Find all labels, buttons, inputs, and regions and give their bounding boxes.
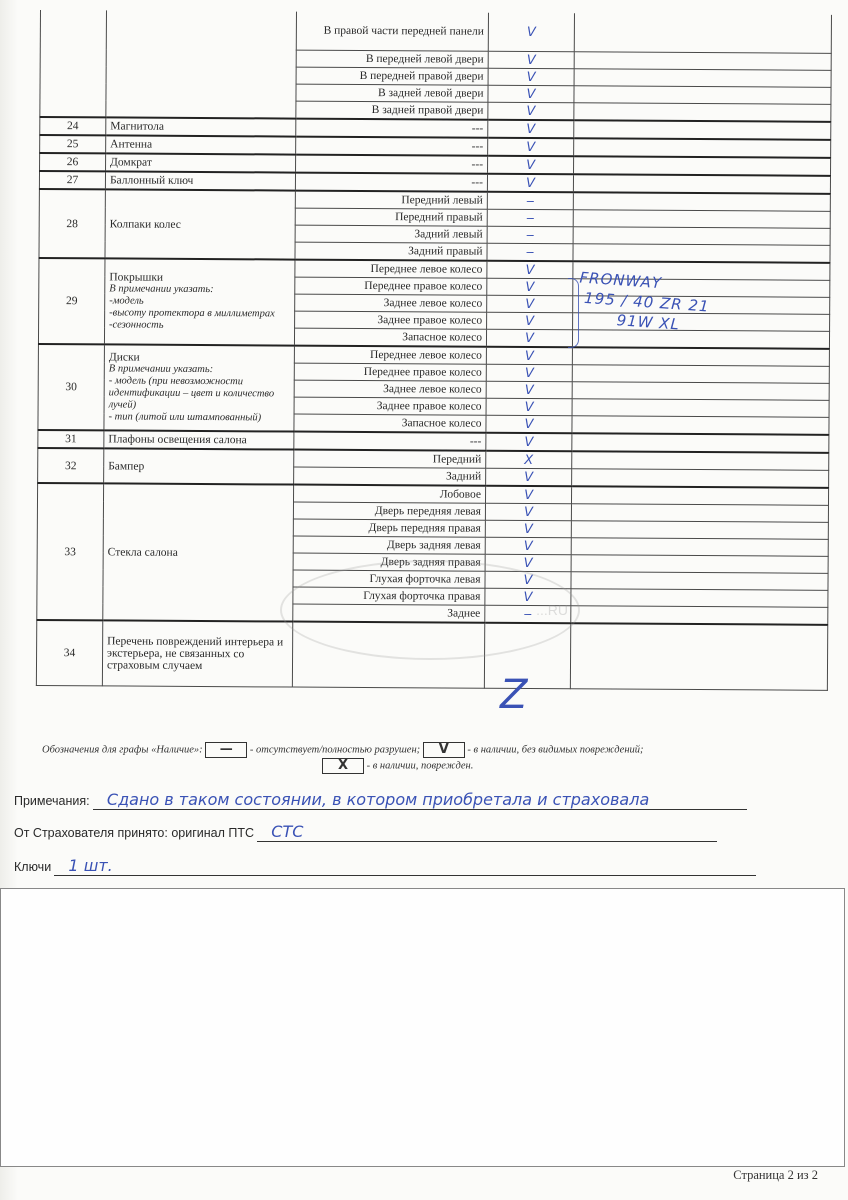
row34-mark: Z — [500, 672, 527, 718]
note-cell — [572, 382, 829, 401]
presence-mark: V — [488, 102, 574, 120]
presence-mark: V — [487, 261, 573, 279]
tire-handwritten-note: FRONWAY 195 / 40 ZR 21 91W XL — [576, 267, 712, 336]
ptc-field: От Страхователя принято: оригинал ПТС СТ… — [14, 822, 717, 842]
note-cell — [571, 538, 828, 557]
sub-item-label: Задний правый — [295, 242, 487, 261]
presence-mark: V — [486, 415, 572, 433]
legend-intro: Обозначения для графы «Наличие»: — [42, 744, 203, 755]
note-cell — [573, 227, 830, 246]
item-number: 26 — [40, 153, 106, 171]
presence-mark: V — [487, 174, 573, 193]
item-number — [40, 10, 107, 117]
note-cell — [571, 555, 828, 574]
item-name: Перечень повреждений интерьера и экстерь… — [102, 620, 292, 687]
sub-item-label: Передний левый — [295, 191, 487, 210]
item-name-text: Плафоны освещения салона — [108, 433, 246, 446]
presence-mark: V — [487, 278, 573, 296]
legend: Обозначения для графы «Наличие»: — - отс… — [42, 742, 822, 775]
ptc-value: СТС — [257, 822, 717, 842]
presence-mark: ‒ — [487, 226, 573, 244]
item-number: 33 — [37, 483, 104, 620]
note-cell — [572, 399, 829, 418]
sub-item-label: Заднее левое колесо — [294, 380, 486, 398]
legend-damaged-box: X — [322, 758, 364, 774]
note-cell — [570, 623, 827, 690]
presence-mark: X — [486, 451, 572, 469]
sub-item-label: Переднее левое колесо — [294, 346, 486, 365]
presence-mark: ‒ — [487, 209, 573, 227]
item-number: 34 — [36, 620, 102, 686]
presence-mark: V — [485, 520, 571, 538]
legend-ok-box: V — [423, 742, 465, 758]
sub-item-label: В правой части передней панели — [296, 12, 488, 52]
sub-item-label: Задний левый — [295, 225, 487, 243]
note-cell — [571, 589, 828, 608]
item-hint: - модель (при невозможности идентификаци… — [109, 375, 290, 412]
presence-mark: V — [485, 486, 571, 504]
sub-item-label: В передней правой двери — [296, 67, 488, 85]
presence-mark: V — [485, 503, 571, 521]
sub-item-label: Запасное колесо — [294, 328, 486, 347]
note-cell — [574, 86, 831, 105]
sub-item-label: Задний — [294, 467, 486, 486]
remarks-value: Сдано в таком состоянии, в котором приоб… — [93, 790, 747, 810]
item-name-text: Магнитола — [110, 120, 164, 132]
sub-item-label: Дверь передняя правая — [293, 519, 485, 537]
note-cell — [571, 486, 828, 505]
item-name: Магнитола — [106, 117, 296, 136]
note-cell — [571, 521, 828, 540]
item-number: 25 — [40, 135, 106, 153]
item-name-text: Баллонный ключ — [110, 174, 193, 187]
presence-mark: ‒ — [487, 192, 573, 210]
keys-label: Ключи — [14, 860, 51, 874]
legend-absent-box: — — [205, 742, 247, 758]
item-name: Стекла салона — [103, 483, 294, 621]
item-number: 27 — [39, 171, 105, 189]
note-cell — [573, 210, 830, 229]
sub-item-label: Переднее правое колесо — [294, 363, 486, 381]
sub-item-label: Запасное колесо — [294, 414, 486, 433]
legend-damaged-text: - в наличии, поврежден. — [367, 761, 474, 772]
remarks-field: Примечания: Сдано в таком состоянии, в к… — [14, 790, 747, 810]
item-name-text: Стекла салона — [108, 546, 178, 558]
note-cell — [572, 433, 829, 453]
presence-mark: V — [487, 312, 573, 330]
sub-item-label: Передний правый — [295, 208, 487, 226]
legend-absent-text: - отсутствует/полностью разрушен; — [250, 744, 420, 755]
note-cell — [571, 606, 828, 625]
note-cell — [572, 451, 829, 470]
note-cell — [574, 120, 831, 140]
keys-value: 1 шт. — [54, 856, 756, 876]
item-number: 28 — [39, 189, 105, 258]
sub-item-label: Дверь передняя левая — [293, 502, 485, 520]
ptc-label: От Страхователя принято: оригинал ПТС — [14, 826, 254, 840]
sub-item-label: В передней левой двери — [296, 50, 488, 68]
item-name: Бампер — [104, 448, 294, 484]
remarks-label: Примечания: — [14, 794, 90, 808]
note-cell — [572, 347, 829, 366]
item-number: 32 — [38, 448, 104, 483]
sub-item-label: Заднее правое колесо — [295, 311, 487, 329]
blank-box — [0, 888, 845, 1167]
presence-mark: V — [485, 537, 571, 555]
note-cell — [571, 504, 828, 523]
item-hint: В примечании указать: — [109, 363, 290, 376]
sub-item-label: Переднее левое колесо — [295, 260, 487, 279]
note-cell — [572, 365, 829, 384]
presence-mark: V — [488, 51, 574, 69]
note-cell — [574, 138, 831, 158]
item-name: Домкрат — [106, 153, 296, 172]
item-name-text: Колпаки колес — [110, 218, 181, 230]
note-cell — [573, 192, 830, 211]
presence-mark: V — [487, 295, 573, 313]
sub-item-label: Заднее правое колесо — [294, 397, 486, 415]
item-number: 24 — [40, 117, 106, 135]
item-number: 30 — [38, 344, 105, 430]
item-name: Баллонный ключ — [105, 171, 295, 190]
watermark: ...RU — [280, 560, 580, 660]
note-cell — [574, 69, 831, 88]
item-hint: - тип (литой или штампованный) — [108, 411, 289, 424]
item-hint: В примечании указать: — [109, 283, 290, 296]
sub-item-label: Дверь задняя левая — [293, 536, 485, 554]
presence-mark: ‒ — [487, 243, 573, 261]
item-number: 31 — [38, 430, 104, 448]
item-name: ДискиВ примечании указать:- модель (при … — [104, 344, 295, 431]
note-cell — [574, 52, 831, 71]
item-name: ПокрышкиВ примечании указать:-модель-выс… — [104, 258, 295, 345]
presence-mark: V — [488, 85, 574, 103]
item-hint: -высоту протектора в миллиметрах — [109, 307, 290, 320]
presence-mark: V — [488, 138, 574, 157]
note-cell — [574, 103, 831, 122]
sub-item-label: Заднее левое колесо — [295, 294, 487, 312]
sub-item-label: --- — [295, 173, 487, 192]
sub-item-label: --- — [294, 432, 486, 451]
presence-mark: V — [488, 68, 574, 86]
sub-item-label: В задней левой двери — [296, 84, 488, 102]
presence-mark: V — [486, 468, 572, 486]
keys-field: Ключи 1 шт. — [14, 856, 756, 876]
presence-mark: V — [486, 433, 572, 452]
item-name-text: Перечень повреждений интерьера и экстерь… — [107, 635, 283, 672]
item-name-text: Бампер — [108, 460, 144, 472]
note-cell — [574, 13, 831, 53]
note-cell — [572, 416, 829, 435]
presence-mark: V — [488, 13, 574, 52]
item-hint: -сезонность — [109, 319, 290, 332]
item-name: Плафоны освещения салона — [104, 430, 294, 449]
note-cell — [572, 469, 829, 488]
sub-item-label: В задней правой двери — [296, 101, 488, 120]
presence-mark: V — [486, 347, 572, 365]
sub-item-label: --- — [296, 155, 488, 174]
item-name: Антенна — [106, 135, 296, 154]
presence-mark: V — [486, 329, 572, 347]
presence-mark: V — [486, 381, 572, 399]
sub-item-label: --- — [296, 119, 488, 138]
sub-item-label: Лобовое — [293, 485, 485, 504]
item-name-text: Антенна — [110, 138, 152, 150]
presence-mark: V — [486, 364, 572, 382]
item-name-text: Диски — [109, 351, 140, 363]
note-cell — [573, 244, 830, 263]
item-name — [106, 10, 297, 118]
note-cell — [573, 174, 830, 194]
presence-mark: V — [486, 398, 572, 416]
page-number: Страница 2 из 2 — [733, 1168, 818, 1183]
item-number: 29 — [38, 258, 105, 344]
presence-mark: V — [488, 120, 574, 139]
sub-item-label: --- — [296, 137, 488, 156]
table-row: В правой части передней панелиV — [40, 10, 831, 53]
item-hint: -модель — [109, 295, 290, 308]
note-cell — [574, 156, 831, 176]
sub-item-label: Передний — [294, 450, 486, 469]
item-name: Колпаки колес — [105, 189, 295, 259]
legend-ok-text: - в наличии, без видимых повреждений; — [467, 744, 643, 755]
item-name-text: Домкрат — [110, 156, 152, 168]
presence-mark: V — [488, 156, 574, 175]
sub-item-label: Переднее правое колесо — [295, 277, 487, 295]
item-name-text: Покрышки — [109, 271, 163, 283]
note-cell — [571, 572, 828, 591]
